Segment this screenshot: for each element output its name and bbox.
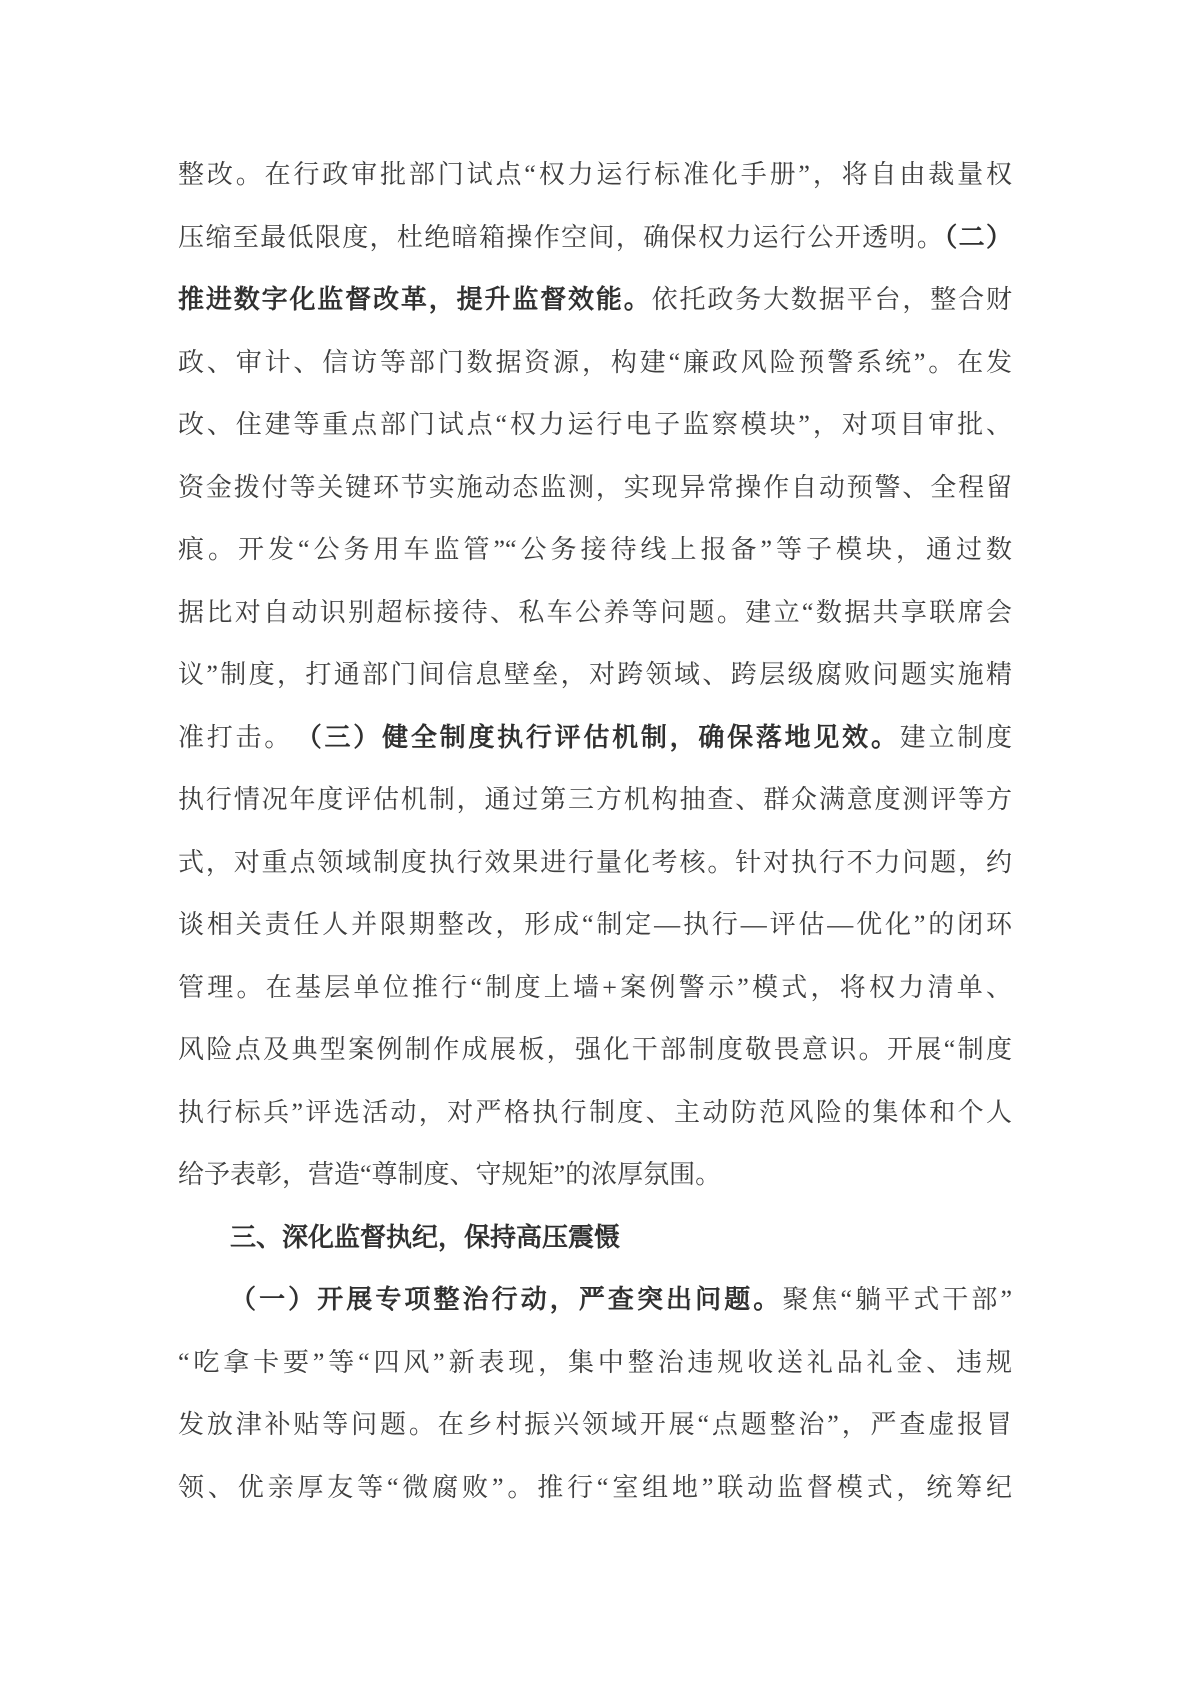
text-segment: 风险点及典型案例制作成展板，强化干部制度敬畏意识。开展“制度 [178,1035,1012,1064]
text-line: （一）开展专项整治行动，严查突出问题。聚焦“躺平式干部” [178,1269,1012,1332]
text-segment: 政、审计、信访等部门数据资源，构建“廉政风险预警系统”。在发 [178,348,1012,377]
text-segment: 式，对重点领域制度执行效果进行量化考核。针对执行不力问题，约 [178,848,1012,877]
text-segment: 聚焦“躺平式干部” [782,1285,1012,1314]
text-segment: 执行情况年度评估机制，通过第三方机构抽查、群众满意度测评等方 [178,785,1012,814]
text-line: 给予表彰，营造“尊制度、守规矩”的浓厚氛围。 [178,1144,1012,1207]
text-segment: 领、优亲厚友等“微腐败”。推行“室组地”联动监督模式，统筹纪 [178,1473,1012,1502]
text-line: 管理。在基层单位推行“制度上墙+案例警示”模式，将权力清单、 [178,957,1012,1020]
text-line: 议”制度，打通部门间信息壁垒，对跨领域、跨层级腐败问题实施精 [178,644,1012,707]
text-line: 痕。开发“公务用车监管”“公务接待线上报备”等子模块，通过数 [178,519,1012,582]
text-segment: 建立制度 [900,723,1012,752]
text-segment: 发放津补贴等问题。在乡村振兴领域开展“点题整治”，严查虚报冒 [178,1410,1012,1439]
section-heading: 三、深化监督执纪，保持高压震慑 [178,1207,1012,1270]
text-line: 压缩至最低限度，杜绝暗箱操作空间，确保权力运行公开透明。（二） [178,207,1012,270]
text-line: 整改。在行政审批部门试点“权力运行标准化手册”，将自由裁量权 [178,144,1012,207]
text-line: 准打击。 （三）健全制度执行评估机制，确保落地见效。建立制度 [178,707,1012,770]
text-segment: 改、住建等重点部门试点“权力运行电子监察模块”，对项目审批、 [178,410,1012,439]
text-segment: 准打击。 [178,723,309,752]
bold-text-segment: 推进数字化监督改革，提升监督效能。 [178,285,652,314]
text-segment: 资金拨付等关键环节实施动态监测，实现异常操作自动预警、全程留 [178,473,1012,502]
text-segment: 给予表彰，营造“尊制度、守规矩”的浓厚氛围。 [178,1160,721,1189]
text-line: 风险点及典型案例制作成展板，强化干部制度敬畏意识。开展“制度 [178,1019,1012,1082]
text-segment: 整改。在行政审批部门试点“权力运行标准化手册”，将自由裁量权 [178,160,1012,189]
text-line: 改、住建等重点部门试点“权力运行电子监察模块”，对项目审批、 [178,394,1012,457]
text-segment: 管理。在基层单位推行“制度上墙+案例警示”模式，将权力清单、 [178,973,1012,1002]
text-line: 式，对重点领域制度执行效果进行量化考核。针对执行不力问题，约 [178,832,1012,895]
text-line: 政、审计、信访等部门数据资源，构建“廉政风险预警系统”。在发 [178,332,1012,395]
text-line: 领、优亲厚友等“微腐败”。推行“室组地”联动监督模式，统筹纪 [178,1457,1012,1520]
text-line: “吃拿卡要”等“四风”新表现，集中整治违规收送礼品礼金、违规 [178,1332,1012,1395]
bold-text-segment: （二） [944,223,1012,252]
bold-text-segment: 三、深化监督执纪，保持高压震慑 [230,1223,620,1252]
text-segment: 议”制度，打通部门间信息壁垒，对跨领域、跨层级腐败问题实施精 [178,660,1012,689]
text-segment: 压缩至最低限度，杜绝暗箱操作空间，确保权力运行公开透明。 [178,223,944,252]
bold-text-segment: （一）开展专项整治行动，严查突出问题。 [230,1285,782,1314]
document-page: 整改。在行政审批部门试点“权力运行标准化手册”，将自由裁量权压缩至最低限度，杜绝… [0,0,1190,1683]
text-line: 据比对自动识别超标接待、私车公养等问题。建立“数据共享联席会 [178,582,1012,645]
text-segment: 谈相关责任人并限期整改，形成“制定—执行—评估—优化”的闭环 [178,910,1012,939]
text-line: 执行标兵”评选活动，对严格执行制度、主动防范风险的集体和个人 [178,1082,1012,1145]
text-segment: 痕。开发“公务用车监管”“公务接待线上报备”等子模块，通过数 [178,535,1012,564]
text-line: 资金拨付等关键环节实施动态监测，实现异常操作自动预警、全程留 [178,457,1012,520]
text-segment: “吃拿卡要”等“四风”新表现，集中整治违规收送礼品礼金、违规 [178,1348,1012,1377]
text-segment: 执行标兵”评选活动，对严格执行制度、主动防范风险的集体和个人 [178,1098,1012,1127]
text-segment: 据比对自动识别超标接待、私车公养等问题。建立“数据共享联席会 [178,598,1012,627]
text-line: 推进数字化监督改革，提升监督效能。依托政务大数据平台，整合财 [178,269,1012,332]
document-text: 整改。在行政审批部门试点“权力运行标准化手册”，将自由裁量权压缩至最低限度，杜绝… [178,144,1012,1519]
text-segment: 依托政务大数据平台，整合财 [652,285,1012,314]
text-line: 谈相关责任人并限期整改，形成“制定—执行—评估—优化”的闭环 [178,894,1012,957]
text-line: 执行情况年度评估机制，通过第三方机构抽查、群众满意度测评等方 [178,769,1012,832]
text-line: 发放津补贴等问题。在乡村振兴领域开展“点题整治”，严查虚报冒 [178,1394,1012,1457]
bold-text-segment: （三）健全制度执行评估机制，确保落地见效。 [309,723,900,752]
